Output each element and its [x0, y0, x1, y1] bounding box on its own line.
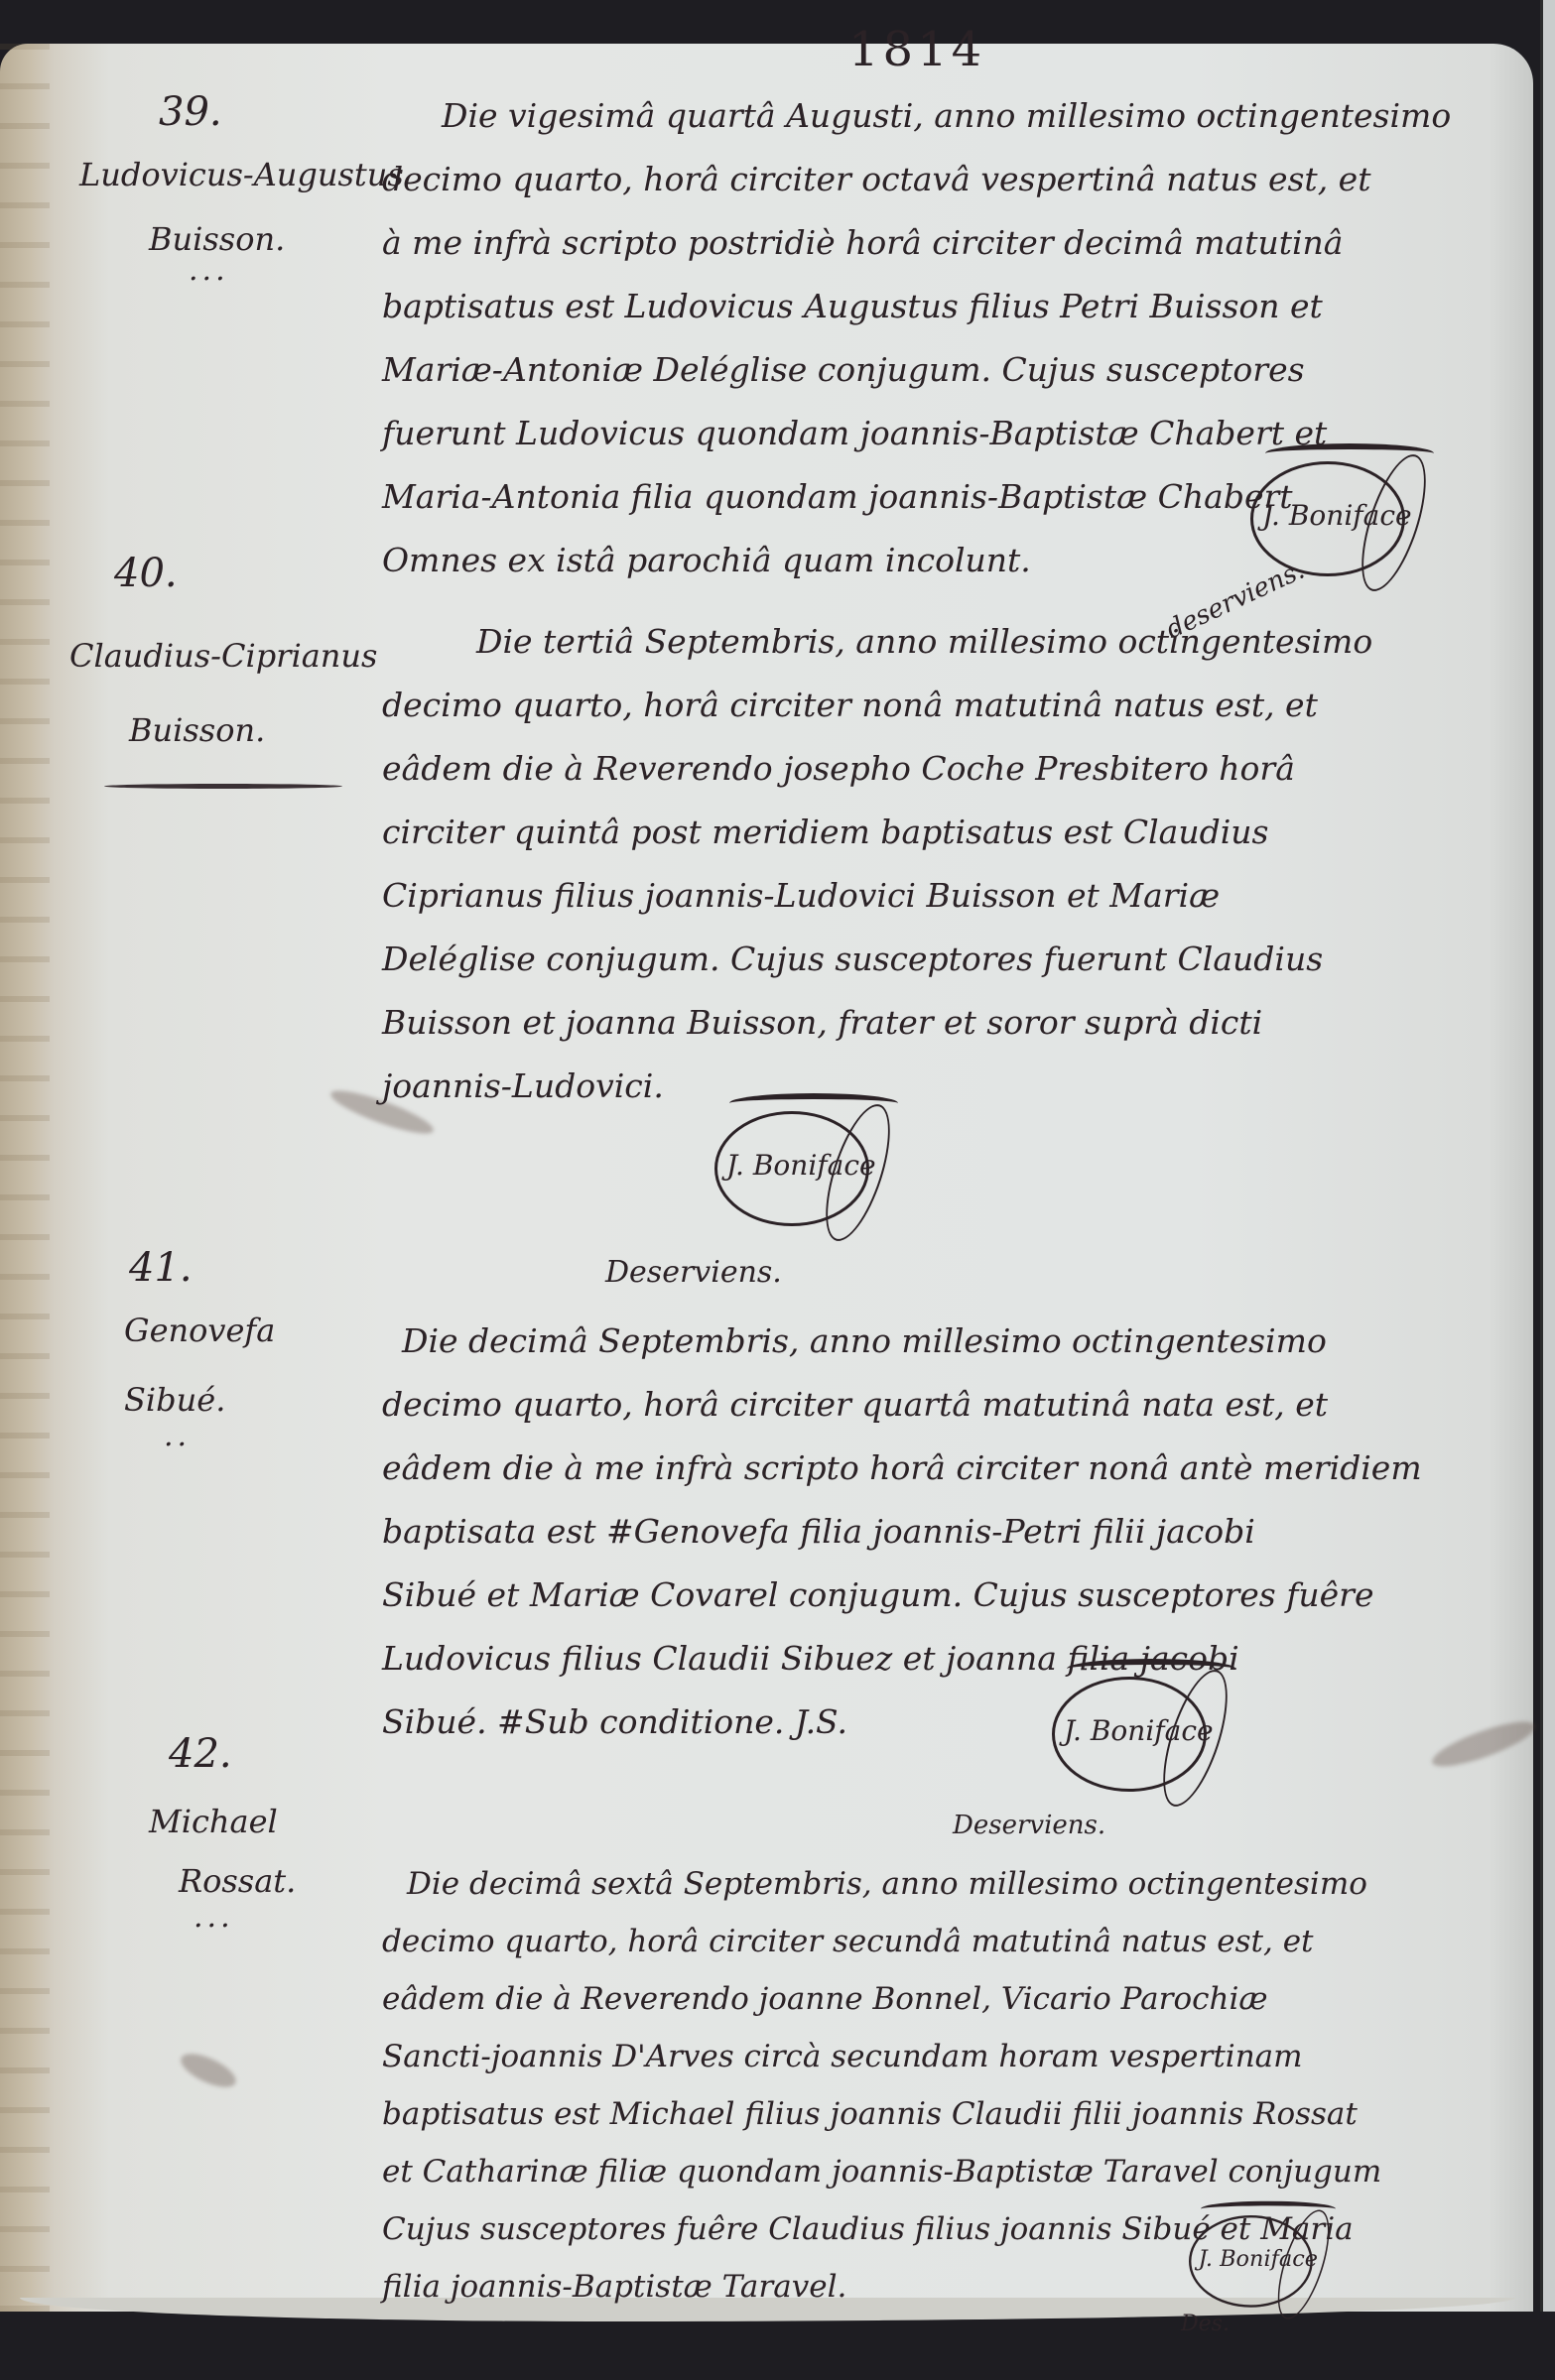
signature-boniface: J. Boniface: [1042, 1667, 1240, 1816]
entry-line: Deléglise conjugum. Cujus susceptores fu…: [382, 928, 1523, 991]
signature-title: Deserviens.: [953, 1811, 1105, 1840]
margin-mark: ..: [164, 1419, 191, 1453]
margin-mark: ...: [194, 1900, 234, 1935]
book-gutter: [1540, 0, 1555, 2380]
entry-line: Die tertiâ Septembris, anno millesimo oc…: [382, 610, 1523, 674]
margin-mark: ...: [189, 253, 229, 288]
entry-line: à me infrà scripto postridiè horâ circit…: [382, 211, 1523, 275]
margin-name-given: Genovefa: [124, 1295, 275, 1366]
signature-boniface: J. Boniface: [705, 1101, 903, 1250]
entry-line: Die decimâ Septembris, anno millesimo oc…: [382, 1310, 1523, 1373]
entry-line: Die decimâ sextâ Septembris, anno milles…: [382, 1855, 1523, 1913]
margin-rule: [104, 784, 342, 789]
signature-title: Des.: [1181, 2312, 1230, 2336]
entry-number: 40.: [114, 551, 178, 596]
entry-number: 42.: [169, 1731, 232, 1777]
entry-line: Buisson et joanna Buisson, frater et sor…: [382, 991, 1523, 1055]
margin-name-given: Ludovicus-Augustus: [79, 139, 404, 210]
year-header: 1814: [848, 22, 985, 77]
entry-line: decimo quarto, horâ circiter secundâ mat…: [382, 1913, 1523, 1970]
entry-line: Sancti-joannis D'Arves circà secundam ho…: [382, 2028, 1523, 2085]
signature-title: Deserviens.: [605, 1255, 782, 1290]
entry-number: 41.: [129, 1245, 193, 1291]
entry-line: baptisata est #Genovefa filia joannis-Pe…: [382, 1500, 1523, 1564]
entry-text: Die decimâ Septembris, anno millesimo oc…: [382, 1310, 1523, 1754]
entry-line: decimo quarto, horâ circiter octavâ vesp…: [382, 148, 1523, 211]
entry-line: Sibué et Mariæ Covarel conjugum. Cujus s…: [382, 1564, 1523, 1627]
entry-text: Die tertiâ Septembris, anno millesimo oc…: [382, 610, 1523, 1118]
entry-line: Die vigesimâ quartâ Augusti, anno milles…: [382, 84, 1523, 148]
signature-boniface: J. Boniface: [1181, 2207, 1340, 2326]
entry-line: eâdem die à Reverendo josepho Coche Pres…: [382, 737, 1523, 801]
entry-line: baptisatus est Ludovicus Augustus filius…: [382, 275, 1523, 338]
entry-line: decimo quarto, horâ circiter quartâ matu…: [382, 1373, 1523, 1437]
entry-line: baptisatus est Michael filius joannis Cl…: [382, 2085, 1523, 2143]
entry-line: filia joannis-Baptistæ Taravel.: [382, 2258, 1523, 2316]
entry-line: Ludovicus filius Claudii Sibuez et joann…: [382, 1627, 1523, 1691]
entry-line: et Catharinæ filiæ quondam joannis-Bapti…: [382, 2143, 1523, 2200]
entry-line: circiter quintâ post meridiem baptisatus…: [382, 801, 1523, 864]
margin-name-given: Claudius-Ciprianus: [69, 620, 377, 691]
entry-line: Sibué. #Sub conditione. J.S.: [382, 1691, 1523, 1754]
page-worn-edge: [0, 44, 50, 2330]
entry-line: Cujus susceptores fuêre Claudius filius …: [382, 2200, 1523, 2258]
entry-text: Die decimâ sextâ Septembris, anno milles…: [382, 1855, 1523, 2316]
entry-line: joannis-Ludovici.: [382, 1055, 1523, 1118]
entry-line: eâdem die à me infrà scripto horâ circit…: [382, 1437, 1523, 1500]
entry-line: decimo quarto, horâ circiter nonâ matuti…: [382, 674, 1523, 737]
entry-line: Mariæ-Antoniæ Deléglise conjugum. Cujus …: [382, 338, 1523, 402]
entry-line: eâdem die à Reverendo joanne Bonnel, Vic…: [382, 1970, 1523, 2028]
entry-line: Ciprianus filius joannis-Ludovici Buisso…: [382, 864, 1523, 928]
margin-name-surname: Buisson.: [129, 694, 265, 766]
entry-number: 39.: [159, 89, 222, 135]
